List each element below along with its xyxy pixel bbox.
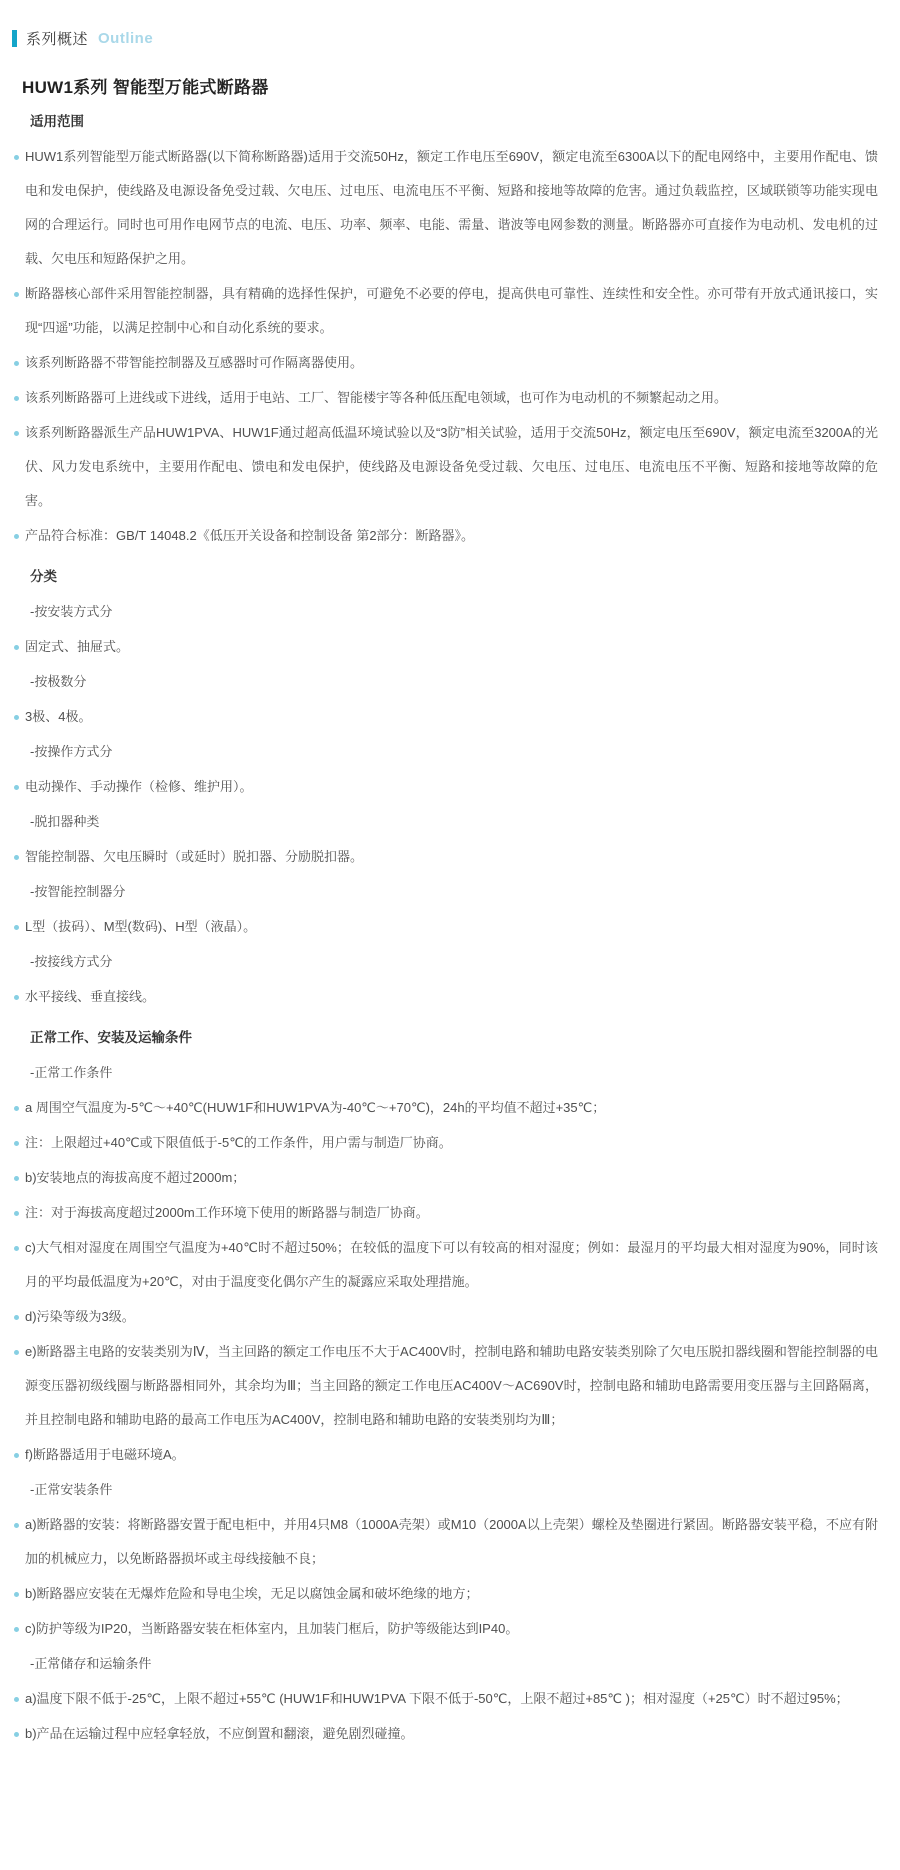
bullet-item: 断路器核心部件采用智能控制器，具有精确的选择性保护，可避免不必要的停电，提高供电…: [14, 277, 878, 345]
bullet-dot-icon: [14, 361, 19, 366]
doc-title: HUW1系列 智能型万能式断路器: [22, 73, 878, 98]
sub-category-label: -按智能控制器分: [14, 875, 878, 909]
item-text: -按操作方式分: [30, 744, 112, 759]
item-text: -按接线方式分: [30, 954, 112, 969]
bullet-dot-icon: [14, 855, 19, 860]
bullet-dot-icon: [14, 292, 19, 297]
bullet-item: a)温度下限不低于-25℃，上限不超过+55℃ (HUW1F和HUW1PVA 下…: [14, 1682, 878, 1716]
bullet-item: b)断路器应安装在无爆炸危险和导电尘埃，无足以腐蚀金属和破坏绝缘的地方；: [14, 1577, 878, 1611]
item-text: e)断路器主电路的安装类别为Ⅳ，当主回路的额定工作电压不大于AC400V时，控制…: [25, 1344, 878, 1427]
sub-category-label: -按操作方式分: [14, 735, 878, 769]
bullet-item: a)断路器的安装：将断路器安置于配电柜中，并用4只M8（1000A壳架）或M10…: [14, 1508, 878, 1576]
bullet-dot-icon: [14, 645, 19, 650]
item-text: 3极、4极。: [25, 709, 91, 724]
bullet-item: 产品符合标准：GB/T 14048.2《低压开关设备和控制设备 第2部分：断路器…: [14, 519, 878, 553]
bullet-item: 3极、4极。: [14, 700, 878, 734]
sub-category-label: -正常安装条件: [14, 1473, 878, 1507]
item-text: d)污染等级为3级。: [25, 1309, 135, 1324]
sub-category-label: -按安装方式分: [14, 595, 878, 629]
item-text: 该系列断路器不带智能控制器及互感器时可作隔离器使用。: [25, 355, 363, 370]
section-header: 系列概述 Outline: [12, 28, 878, 49]
bullet-dot-icon: [14, 1350, 19, 1355]
bullet-item: 该系列断路器不带智能控制器及互感器时可作隔离器使用。: [14, 346, 878, 380]
bullet-item: 注：对于海拔高度超过2000m工作环境下使用的断路器与制造厂协商。: [14, 1196, 878, 1230]
item-text: 固定式、抽屉式。: [25, 639, 129, 654]
item-text: L型（拔码）、M型(数码)、H型（液晶）。: [25, 919, 256, 934]
item-text: a)断路器的安装：将断路器安置于配电柜中，并用4只M8（1000A壳架）或M10…: [25, 1517, 878, 1566]
bullet-dot-icon: [14, 1315, 19, 1320]
item-text: 水平接线、垂直接线。: [25, 989, 155, 1004]
bullet-dot-icon: [14, 155, 19, 160]
item-text: -按智能控制器分: [30, 884, 125, 899]
item-text: 该系列断路器可上进线或下进线，适用于电站、工厂、智能楼宇等各种低压配电领域，也可…: [25, 390, 727, 405]
document-page: 系列概述 Outline HUW1系列 智能型万能式断路器 适用范围HUW1系列…: [0, 0, 900, 1792]
sub-category-label: -脱扣器种类: [14, 805, 878, 839]
item-text: b)安装地点的海拔高度不超过2000m；: [25, 1170, 245, 1185]
bullet-dot-icon: [14, 785, 19, 790]
item-text: -按极数分: [30, 674, 86, 689]
bullet-item: 水平接线、垂直接线。: [14, 980, 878, 1014]
bullet-item: 注：上限超过+40℃或下限值低于-5℃的工作条件，用户需与制造厂协商。: [14, 1126, 878, 1160]
item-text: 注：上限超过+40℃或下限值低于-5℃的工作条件，用户需与制造厂协商。: [25, 1135, 452, 1150]
item-text: -正常工作条件: [30, 1065, 112, 1080]
header-title-en: Outline: [98, 30, 153, 47]
bullet-item: 电动操作、手动操作（检修、维护用）。: [14, 770, 878, 804]
bullet-item: e)断路器主电路的安装类别为Ⅳ，当主回路的额定工作电压不大于AC400V时，控制…: [14, 1335, 878, 1437]
bullet-item: L型（拔码）、M型(数码)、H型（液晶）。: [14, 910, 878, 944]
bullet-dot-icon: [14, 431, 19, 436]
item-text: a)温度下限不低于-25℃，上限不超过+55℃ (HUW1F和HUW1PVA 下…: [25, 1691, 849, 1706]
item-text: 智能控制器、欠电压瞬时（或延时）脱扣器、分励脱扣器。: [25, 849, 363, 864]
bullet-dot-icon: [14, 1523, 19, 1528]
bullet-item: d)污染等级为3级。: [14, 1300, 878, 1334]
item-text: c)防护等级为IP20，当断路器安装在柜体室内，且加装门框后，防护等级能达到IP…: [25, 1621, 518, 1636]
item-text: b)产品在运输过程中应轻拿轻放，不应倒置和翻滚，避免剧烈碰撞。: [25, 1726, 414, 1741]
item-text: a 周围空气温度为-5℃～+40℃(HUW1F和HUW1PVA为-40℃～+70…: [25, 1100, 605, 1115]
bullet-dot-icon: [14, 995, 19, 1000]
item-text: 产品符合标准：GB/T 14048.2《低压开关设备和控制设备 第2部分：断路器…: [25, 528, 474, 543]
bullet-dot-icon: [14, 1592, 19, 1597]
bullet-item: c)防护等级为IP20，当断路器安装在柜体室内，且加装门框后，防护等级能达到IP…: [14, 1612, 878, 1646]
document-content: 适用范围HUW1系列智能型万能式断路器(以下简称断路器)适用于交流50Hz，额定…: [14, 105, 878, 1751]
bullet-dot-icon: [14, 1141, 19, 1146]
bullet-dot-icon: [14, 1211, 19, 1216]
bullet-item: 该系列断路器可上进线或下进线，适用于电站、工厂、智能楼宇等各种低压配电领域，也可…: [14, 381, 878, 415]
bullet-dot-icon: [14, 1106, 19, 1111]
bullet-item: a 周围空气温度为-5℃～+40℃(HUW1F和HUW1PVA为-40℃～+70…: [14, 1091, 878, 1125]
item-text: c)大气相对湿度在周围空气温度为+40℃时不超过50%；在较低的温度下可以有较高…: [25, 1240, 878, 1289]
sub-category-label: -正常工作条件: [14, 1056, 878, 1090]
item-text: b)断路器应安装在无爆炸危险和导电尘埃，无足以腐蚀金属和破坏绝缘的地方；: [25, 1586, 479, 1601]
section-heading: 正常工作、安装及运输条件: [30, 1021, 878, 1055]
item-text: -按安装方式分: [30, 604, 112, 619]
item-text: HUW1系列智能型万能式断路器(以下简称断路器)适用于交流50Hz，额定工作电压…: [25, 149, 878, 266]
section-heading: 分类: [30, 560, 878, 594]
item-text: -正常安装条件: [30, 1482, 112, 1497]
item-text: 注：对于海拔高度超过2000m工作环境下使用的断路器与制造厂协商。: [25, 1205, 429, 1220]
header-title-zh: 系列概述: [26, 28, 88, 49]
bullet-dot-icon: [14, 396, 19, 401]
bullet-item: c)大气相对湿度在周围空气温度为+40℃时不超过50%；在较低的温度下可以有较高…: [14, 1231, 878, 1299]
bullet-dot-icon: [14, 1246, 19, 1251]
item-text: 该系列断路器派生产品HUW1PVA、HUW1F通过超高低温环境试验以及“3防”相…: [25, 425, 878, 508]
sub-category-label: -按极数分: [14, 665, 878, 699]
bullet-item: b)安装地点的海拔高度不超过2000m；: [14, 1161, 878, 1195]
bullet-dot-icon: [14, 1176, 19, 1181]
bullet-item: 该系列断路器派生产品HUW1PVA、HUW1F通过超高低温环境试验以及“3防”相…: [14, 416, 878, 518]
item-text: 断路器核心部件采用智能控制器，具有精确的选择性保护，可避免不必要的停电，提高供电…: [25, 286, 878, 335]
bullet-dot-icon: [14, 1453, 19, 1458]
item-text: -正常储存和运输条件: [30, 1656, 151, 1671]
bullet-item: 固定式、抽屉式。: [14, 630, 878, 664]
bullet-item: b)产品在运输过程中应轻拿轻放，不应倒置和翻滚，避免剧烈碰撞。: [14, 1717, 878, 1751]
bullet-item: HUW1系列智能型万能式断路器(以下简称断路器)适用于交流50Hz，额定工作电压…: [14, 140, 878, 276]
bullet-dot-icon: [14, 1697, 19, 1702]
sub-category-label: -正常储存和运输条件: [14, 1647, 878, 1681]
item-text: -脱扣器种类: [30, 814, 99, 829]
bullet-dot-icon: [14, 925, 19, 930]
bullet-item: 智能控制器、欠电压瞬时（或延时）脱扣器、分励脱扣器。: [14, 840, 878, 874]
bullet-dot-icon: [14, 534, 19, 539]
bullet-dot-icon: [14, 1732, 19, 1737]
section-heading: 适用范围: [30, 105, 878, 139]
item-text: f)断路器适用于电磁环境A。: [25, 1447, 185, 1462]
bullet-dot-icon: [14, 1627, 19, 1632]
item-text: 电动操作、手动操作（检修、维护用）。: [25, 779, 253, 794]
bullet-item: f)断路器适用于电磁环境A。: [14, 1438, 878, 1472]
accent-bar-icon: [12, 30, 17, 47]
bullet-dot-icon: [14, 715, 19, 720]
sub-category-label: -按接线方式分: [14, 945, 878, 979]
